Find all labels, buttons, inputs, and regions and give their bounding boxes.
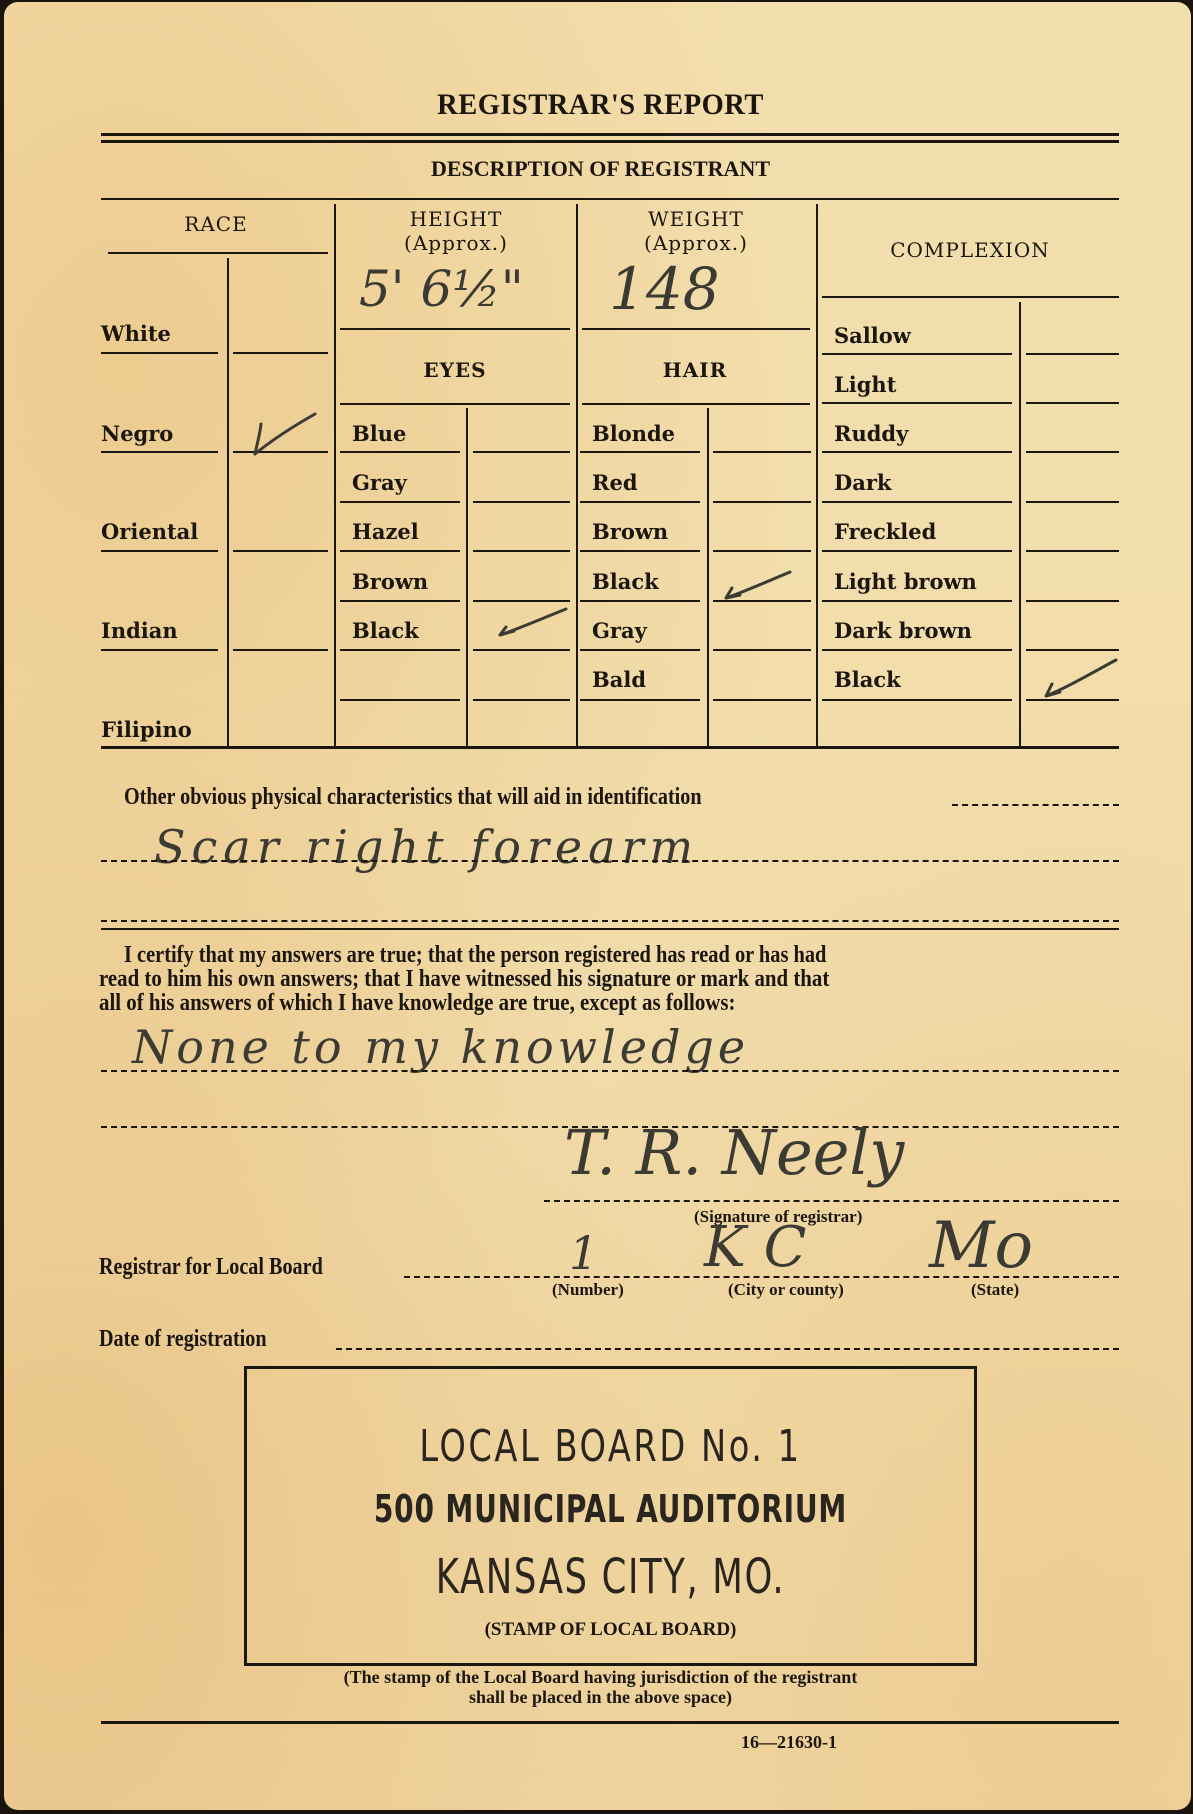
number-caption: (Number) <box>552 1280 624 1300</box>
eyes-row-rule <box>340 501 460 503</box>
hair-option-blonde: Blonde <box>592 422 675 446</box>
height-header-sub: (Approx.) <box>340 231 572 255</box>
hair-option-gray: Gray <box>592 619 647 643</box>
complexion-box-rule <box>1026 402 1119 404</box>
complexion-row-rule <box>822 649 1012 651</box>
complexion-box-rule <box>1026 451 1119 453</box>
col-divider-race <box>334 204 336 746</box>
title-rule-bottom <box>101 140 1119 143</box>
race-option-negro: Negro <box>101 422 173 446</box>
hair-box-rule <box>713 600 811 602</box>
local-board-state[interactable]: Mo <box>929 1214 1033 1278</box>
hair-row-rule <box>580 451 700 453</box>
eyes-box-rule <box>473 600 570 602</box>
race-header-rule <box>108 252 328 254</box>
complexion-option-freckled: Freckled <box>834 520 936 544</box>
complexion-box-rule <box>1026 649 1119 651</box>
characteristics-value[interactable]: Scar right forearm <box>154 824 699 870</box>
stamp-line-1: LOCAL BOARD No. 1 <box>302 1421 920 1472</box>
eyes-box-rule <box>473 550 570 552</box>
state-caption: (State) <box>971 1280 1019 1300</box>
eyes-row-rule <box>340 550 460 552</box>
complexion-option-ruddy: Ruddy <box>834 422 908 446</box>
complexion-option-light-brown: Light brown <box>834 570 977 594</box>
eyes-row-rule <box>340 699 460 701</box>
hair-row-rule <box>580 600 700 602</box>
local-board-number[interactable]: 1 <box>569 1230 598 1276</box>
exceptions-line-1 <box>101 1070 1119 1072</box>
title-rule-top <box>101 133 1119 136</box>
race-row-rule <box>101 649 218 651</box>
col-divider-height <box>576 204 578 746</box>
hair-row-rule <box>580 649 700 651</box>
city-caption: (City or county) <box>728 1280 844 1300</box>
form-number: 16—21630-1 <box>741 1732 837 1753</box>
registrar-signature[interactable]: T. R. Neely <box>564 1122 904 1184</box>
characteristics-line-1 <box>101 860 1119 862</box>
hair-row-rule <box>580 699 700 701</box>
complexion-row-rule <box>822 550 1012 552</box>
eyes-box-rule <box>473 451 570 453</box>
race-option-filipino: Filipino <box>101 718 192 742</box>
hair-option-red: Red <box>592 471 638 495</box>
stamp-line-2: 500 MUNICIPAL AUDITORIUM <box>312 1487 908 1531</box>
complexion-row-rule <box>822 451 1012 453</box>
eyes-black-checkmark[interactable] <box>496 607 568 637</box>
height-header: HEIGHT (Approx.) <box>340 207 572 255</box>
local-board-city[interactable]: K C <box>704 1220 806 1276</box>
signature-line <box>544 1200 1119 1202</box>
characteristics-line-2 <box>101 920 1119 922</box>
complexion-box-rule <box>1026 353 1119 355</box>
complexion-option-light: Light <box>834 373 896 397</box>
complexion-option-black: Black <box>834 668 901 692</box>
race-box-rule <box>233 352 328 354</box>
race-check-divider <box>227 258 229 746</box>
stamp-note-line-1: (The stamp of the Local Board having jur… <box>4 1667 1193 1687</box>
hair-check-divider <box>707 408 709 746</box>
race-box-rule <box>233 550 328 552</box>
complexion-row-rule <box>822 353 1012 355</box>
hair-option-bald: Bald <box>592 668 646 692</box>
exceptions-value[interactable]: None to my knowledge <box>132 1024 749 1070</box>
race-row-rule <box>101 352 218 354</box>
eyes-option-gray: Gray <box>352 471 407 495</box>
certification-line-3: all of his answers of which I have knowl… <box>99 990 735 1016</box>
race-option-indian: Indian <box>101 619 178 643</box>
hair-row-rule <box>580 550 700 552</box>
complexion-header-rule <box>822 296 1119 298</box>
hair-row-rule <box>580 501 700 503</box>
hair-header: HAIR <box>580 358 810 382</box>
race-row-rule <box>101 451 218 453</box>
race-box-rule <box>233 649 328 651</box>
certification-line-1: I certify that my answers are true; that… <box>124 942 826 968</box>
race-negro-checkmark[interactable] <box>247 412 317 456</box>
stamp-caption: (STAMP OF LOCAL BOARD) <box>247 1619 974 1641</box>
complexion-check-divider <box>1019 302 1021 746</box>
race-header: RACE <box>101 212 331 236</box>
weight-header-sub: (Approx.) <box>580 231 812 255</box>
characteristics-dotted-line <box>952 804 1119 806</box>
eyes-row-rule <box>340 649 460 651</box>
hair-box-rule <box>713 699 811 701</box>
weight-header: WEIGHT (Approx.) <box>580 207 812 255</box>
height-value[interactable]: 5' 6½" <box>359 264 524 314</box>
stamp-line-3: KANSAS CITY, MO. <box>312 1549 908 1605</box>
footer-rule <box>101 1721 1119 1724</box>
eyes-box-rule <box>473 501 570 503</box>
table-top-rule <box>101 198 1119 200</box>
section-rule <box>101 928 1119 930</box>
eyes-box-rule <box>473 699 570 701</box>
date-label: Date of registration <box>99 1326 267 1352</box>
eyes-option-brown: Brown <box>352 570 428 594</box>
weight-header-label: WEIGHT <box>580 207 812 231</box>
complexion-option-dark-brown: Dark brown <box>834 619 972 643</box>
eyes-header: EYES <box>340 358 570 382</box>
page-title: REGISTRAR'S REPORT <box>34 88 1167 122</box>
complexion-row-rule <box>822 501 1012 503</box>
hair-box-rule <box>713 501 811 503</box>
table-bottom-rule <box>101 746 1119 749</box>
complexion-row-rule <box>822 402 1012 404</box>
hair-header-rule <box>582 403 810 405</box>
section-title: DESCRIPTION OF REGISTRANT <box>4 156 1193 182</box>
col-divider-weight <box>816 204 818 746</box>
complexion-row-rule <box>822 699 1012 701</box>
height-header-label: HEIGHT <box>340 207 572 231</box>
complexion-box-rule <box>1026 699 1119 701</box>
registrar-report-card: REGISTRAR'S REPORT DESCRIPTION OF REGIST… <box>4 2 1191 1810</box>
eyes-option-black: Black <box>352 619 419 643</box>
weight-value-rule <box>582 328 810 330</box>
eyes-row-rule <box>340 600 460 602</box>
complexion-header: COMPLEXION <box>820 238 1120 262</box>
weight-value[interactable]: 148 <box>609 260 720 318</box>
complexion-row-rule <box>822 600 1012 602</box>
complexion-option-dark: Dark <box>834 471 891 495</box>
stamp-box: LOCAL BOARD No. 1 500 MUNICIPAL AUDITORI… <box>244 1366 977 1666</box>
eyes-box-rule <box>473 649 570 651</box>
race-option-oriental: Oriental <box>101 520 198 544</box>
hair-black-checkmark[interactable] <box>720 570 792 600</box>
certification-line-2: read to him his own answers; that I have… <box>99 966 829 992</box>
date-line <box>336 1348 1119 1350</box>
hair-option-black: Black <box>592 570 659 594</box>
stamp-note-line-2: shall be placed in the above space) <box>4 1687 1193 1707</box>
complexion-box-rule <box>1026 501 1119 503</box>
height-value-rule <box>340 328 570 330</box>
complexion-option-sallow: Sallow <box>834 324 911 348</box>
hair-box-rule <box>713 550 811 552</box>
eyes-header-rule <box>340 403 570 405</box>
characteristics-label: Other obvious physical characteristics t… <box>124 784 702 810</box>
complexion-box-rule <box>1026 550 1119 552</box>
hair-option-brown: Brown <box>592 520 668 544</box>
complexion-black-checkmark[interactable] <box>1040 658 1118 698</box>
eyes-option-blue: Blue <box>352 422 406 446</box>
complexion-box-rule <box>1026 600 1119 602</box>
hair-box-rule <box>713 451 811 453</box>
eyes-check-divider <box>466 408 468 746</box>
eyes-row-rule <box>340 451 460 453</box>
local-board-label: Registrar for Local Board <box>99 1254 323 1280</box>
race-option-white: White <box>101 322 171 346</box>
stamp-note: (The stamp of the Local Board having jur… <box>4 1667 1193 1707</box>
hair-box-rule <box>713 649 811 651</box>
race-row-rule <box>101 550 218 552</box>
eyes-option-hazel: Hazel <box>352 520 419 544</box>
